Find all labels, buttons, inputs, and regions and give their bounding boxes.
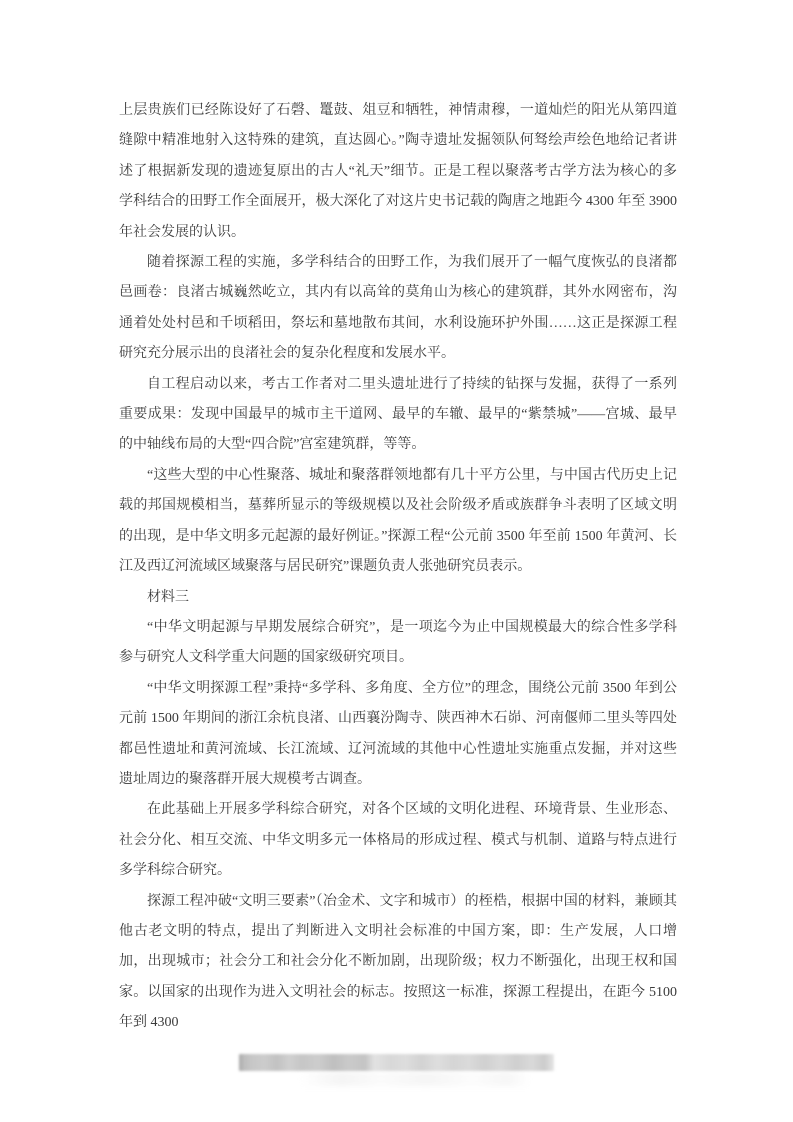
passage-text-block: 上层贵族们已经陈设好了石磬、鼍鼓、俎豆和牺牲，神情肃穆，一道灿烂的阳光从第四道缝… (119, 96, 677, 1039)
paragraph-civilization-criteria: 探源工程冲破“文明三要素”（冶金术、文字和城市）的桎梏，根据中国的材料，兼顾其他… (119, 887, 677, 1039)
document-page: 上层贵族们已经陈设好了石磬、鼍鼓、俎豆和牺牲，神情肃穆，一道灿烂的阳光从第四道缝… (0, 0, 793, 1122)
paragraph-material2-continuation: 上层贵族们已经陈设好了石磬、鼍鼓、俎豆和牺牲，神情肃穆，一道灿烂的阳光从第四道缝… (119, 96, 677, 248)
paragraph-multidisciplinary-research: 在此基础上开展多学科综合研究，对各个区域的文明化进程、环境背景、生业形态、社会分… (119, 795, 677, 886)
paragraph-project-intro: “中华文明起源与早期发展综合研究”，是一项迄今为止中国规模最大的综合性多学科参与… (119, 613, 677, 674)
blurred-watermark-bar (239, 1054, 554, 1071)
material-3-heading: 材料三 (119, 583, 677, 613)
blurred-watermark-ghost (300, 1072, 530, 1086)
paragraph-zhangchi-quote: “这些大型的中心性聚落、城址和聚落群领地都有几十平方公里，与中国古代历史上记载的… (119, 461, 677, 583)
paragraph-project-concept: “中华文明探源工程”秉持“多学科、多角度、全方位”的理念，围绕公元前 3500 … (119, 674, 677, 796)
paragraph-liangzhu-panorama: 随着探源工程的实施，多学科结合的田野工作，为我们展开了一幅气度恢弘的良渚都邑画卷… (119, 248, 677, 370)
paragraph-erlitou-results: 自工程启动以来，考古工作者对二里头遗址进行了持续的钻探与发掘，获得了一系列重要成… (119, 370, 677, 461)
